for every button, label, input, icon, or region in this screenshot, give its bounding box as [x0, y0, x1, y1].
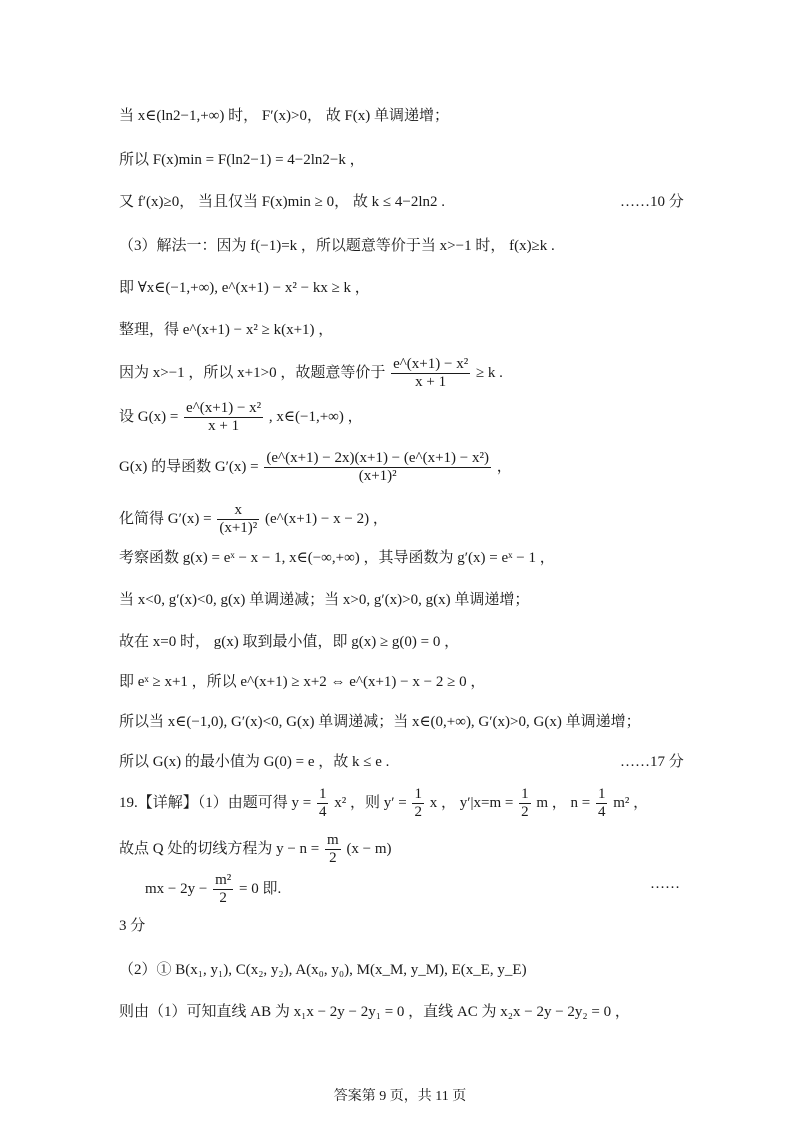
numerator: m: [325, 832, 341, 850]
text-line: 整理，得 e^(x+1) − x² ≥ k(x+1) ，: [119, 320, 333, 340]
denominator: 2: [325, 850, 341, 867]
text-line: 所以 F(x)min = F(ln2−1) = 4−2ln2−k ，: [119, 150, 365, 170]
text-segment: 因为 x>−1 ，所以 x+1>0 ，故题意等价于: [119, 365, 385, 381]
text-line: 又 f′(x)≥0， 当且仅当 F(x)min ≥ 0， 故 k ≤ 4−2ln…: [119, 192, 445, 212]
denominator: 4: [317, 804, 329, 821]
text-segment: m² ，: [613, 795, 648, 811]
numerator: x: [217, 502, 259, 520]
numerator: (e^(x+1) − 2x)(x+1) − (e^(x+1) − x²): [264, 450, 491, 468]
text-line: （2）① B(x₁, y₁), C(x₂, y₂), A(x₀, y₀), M(…: [119, 960, 527, 980]
text-line: 则由（1）可知直线 AB 为 x₁x − 2y − 2y₁ = 0 ，直线 AC…: [119, 1002, 630, 1022]
numerator: 1: [412, 786, 424, 804]
text-line: 即 eˣ ≥ x+1 ，所以 e^(x+1) ≥ x+2 ⇔ e^(x+1) −…: [119, 672, 485, 692]
denominator: (x+1)²: [264, 468, 491, 485]
fraction: (e^(x+1) − 2x)(x+1) − (e^(x+1) − x²) (x+…: [264, 450, 491, 485]
text-segment: , x∈(−1,+∞) ，: [269, 409, 363, 425]
fraction: m² 2: [213, 872, 233, 907]
score-marker: ……10 分: [620, 192, 684, 212]
numerator: e^(x+1) − x²: [184, 400, 263, 418]
score-marker: ……17 分: [620, 752, 684, 772]
text-segment: 19.【详解】（1）由题可得 y =: [119, 795, 311, 811]
text-segment: ≥ k .: [476, 365, 503, 381]
numerator: 1: [519, 786, 531, 804]
text-line: 因为 x>−1 ，所以 x+1>0 ，故题意等价于 e^(x+1) − x² x…: [119, 356, 503, 391]
text-line: 故在 x=0 时， g(x) 取到最小值，即 g(x) ≥ g(0) = 0 ，: [119, 632, 459, 652]
text-line: 设 G(x) = e^(x+1) − x² x + 1 , x∈(−1,+∞) …: [119, 400, 363, 435]
text-segment: 故点 Q 处的切线方程为 y − n =: [119, 841, 319, 857]
denominator: 2: [213, 890, 233, 907]
score-marker: ……: [650, 874, 680, 894]
text-segment: m ， n =: [536, 795, 590, 811]
denominator: 4: [596, 804, 608, 821]
fraction: x (x+1)²: [217, 502, 259, 537]
fraction: 1 2: [519, 786, 531, 821]
text-segment: ，: [497, 459, 512, 475]
denominator: 2: [412, 804, 424, 821]
fraction: 1 4: [317, 786, 329, 821]
text-line: 即 ∀x∈(−1,+∞), e^(x+1) − x² − kx ≥ k ，: [119, 278, 370, 298]
text-segment: G(x) 的导函数 G′(x) =: [119, 459, 259, 475]
numerator: e^(x+1) − x²: [391, 356, 470, 374]
denominator: (x+1)²: [217, 520, 259, 537]
text-line: 所以 G(x) 的最小值为 G(0) = e ，故 k ≤ e .: [119, 752, 389, 772]
text-segment: (e^(x+1) − x − 2) ，: [265, 511, 388, 527]
text-line: 考察函数 g(x) = eˣ − x − 1, x∈(−∞,+∞) ，其导函数为…: [119, 548, 555, 568]
fraction: m 2: [325, 832, 341, 867]
text-segment: 设 G(x) =: [119, 409, 178, 425]
text-segment: x² ，则 y′ =: [334, 795, 407, 811]
text-line: 3 分: [119, 916, 145, 936]
text-segment: 化简得 G′(x) =: [119, 511, 212, 527]
text-line: 当 x<0, g′(x)<0, g(x) 单调递减；当 x>0, g′(x)>0…: [119, 590, 529, 610]
numerator: m²: [213, 872, 233, 890]
fraction: e^(x+1) − x² x + 1: [184, 400, 263, 435]
text-line: 化简得 G′(x) = x (x+1)² (e^(x+1) − x − 2) ，: [119, 502, 388, 537]
text-line: 当 x∈(ln2−1,+∞) 时， F′(x)>0， 故 F(x) 单调递增；: [119, 106, 449, 126]
numerator: 1: [596, 786, 608, 804]
text-line: （3）解法一：因为 f(−1)=k ，所以题意等价于当 x>−1 时， f(x)…: [119, 236, 555, 256]
text-segment: mx − 2y −: [145, 881, 207, 897]
text-line: 19.【详解】（1）由题可得 y = 1 4 x² ，则 y′ = 1 2 x …: [119, 786, 648, 821]
text-line: G(x) 的导函数 G′(x) = (e^(x+1) − 2x)(x+1) − …: [119, 450, 512, 485]
denominator: x + 1: [184, 418, 263, 435]
page-footer: 答案第 9 页，共 11 页: [0, 1085, 800, 1105]
text-line: mx − 2y − m² 2 = 0 即.: [145, 872, 281, 907]
numerator: 1: [317, 786, 329, 804]
denominator: x + 1: [391, 374, 470, 391]
fraction: 1 2: [412, 786, 424, 821]
fraction: 1 4: [596, 786, 608, 821]
text-line: 所以当 x∈(−1,0), G′(x)<0, G(x) 单调递减；当 x∈(0,…: [119, 712, 641, 732]
fraction: e^(x+1) − x² x + 1: [391, 356, 470, 391]
denominator: 2: [519, 804, 531, 821]
text-segment: x ， y′|x=m =: [430, 795, 514, 811]
text-segment: = 0 即.: [239, 881, 281, 897]
text-line: 故点 Q 处的切线方程为 y − n = m 2 (x − m): [119, 832, 392, 867]
text-segment: (x − m): [346, 841, 391, 857]
